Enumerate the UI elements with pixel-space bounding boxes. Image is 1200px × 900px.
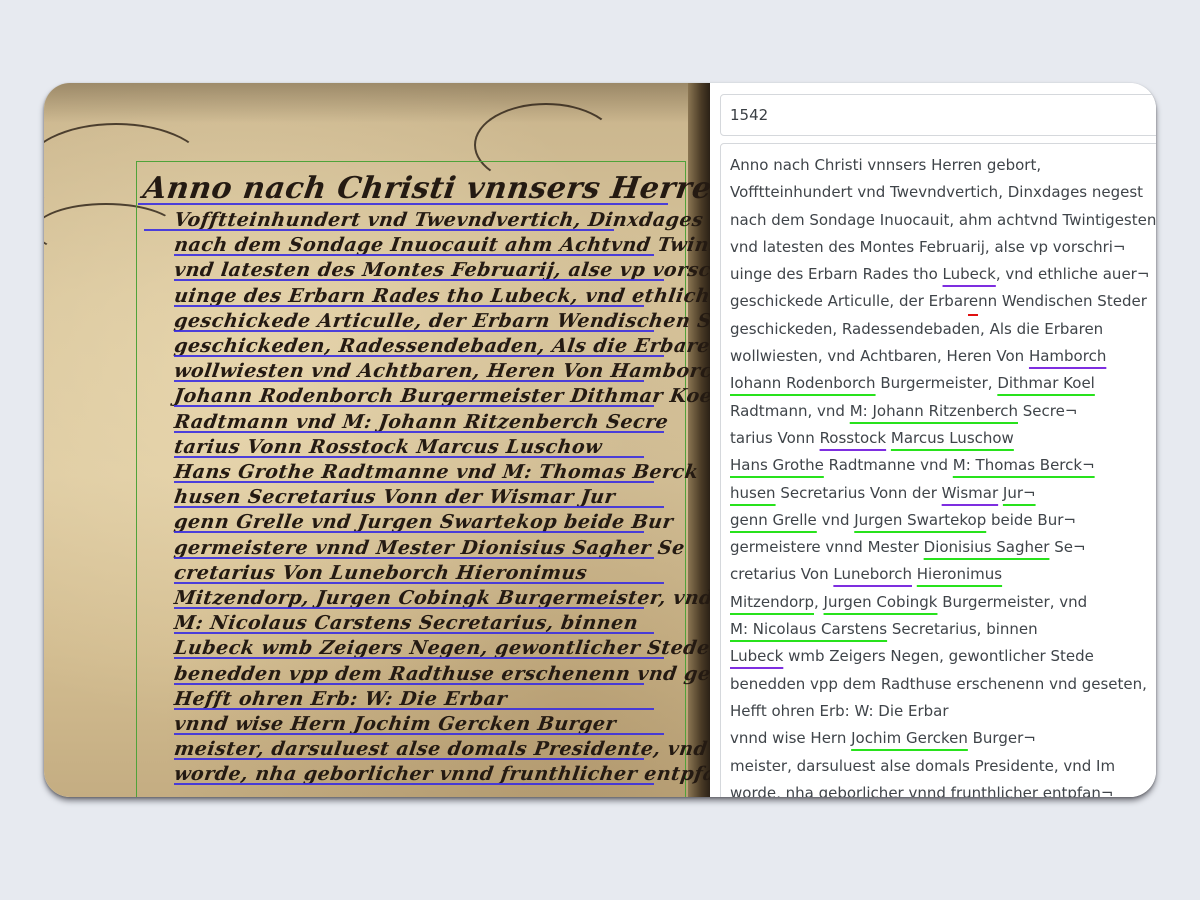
transcript-line: vnnd wise Hern Jochim Gercken Burger¬: [730, 725, 1156, 752]
document-viewer-card: Anno nach Christi vnnsers Herren gebortV…: [44, 83, 1156, 797]
manuscript-line: nach dem Sondage Inuocauit ahm Achtvnd T…: [172, 234, 710, 260]
text-segment: Secretarius, binnen: [887, 620, 1038, 638]
text-segment: geschickede Articulle, der Erbar: [730, 292, 969, 310]
baseline-marker[interactable]: [174, 456, 644, 458]
text-segment: , vnd ethliche auer¬: [996, 265, 1150, 283]
person-entity[interactable]: Jochim Gercken: [851, 729, 968, 747]
baseline-marker[interactable]: [174, 783, 654, 785]
baseline-marker[interactable]: [138, 203, 668, 205]
text-segment: vnd: [817, 511, 854, 529]
text-segment: worde, nha geborlicher vnnd frunthlicher…: [730, 784, 1113, 797]
manuscript-line: genn Grelle vnd Jurgen Swartekop beide B…: [172, 511, 675, 537]
place-entity[interactable]: Hamborch: [1029, 347, 1106, 365]
manuscript-line: Lubeck wmb Zeigers Negen, gewontlicher S…: [172, 637, 710, 663]
transcript-line: Mitzendorp, Jurgen Cobingk Burgermeister…: [730, 589, 1156, 616]
baseline-marker[interactable]: [144, 229, 614, 231]
manuscript-line: vnnd wise Hern Jochim Gercken Burger: [172, 713, 618, 739]
text-segment: tarius Vonn: [730, 429, 820, 447]
transcript-line: vnd latesten des Montes Februarij, alse …: [730, 234, 1156, 261]
baseline-marker[interactable]: [174, 733, 664, 735]
manuscript-title-line: Anno nach Christi vnnsers Herren gebort: [142, 171, 710, 197]
person-entity[interactable]: M: Thomas Berck¬: [953, 456, 1095, 474]
place-entity[interactable]: Lubeck: [943, 265, 996, 283]
baseline-marker[interactable]: [174, 254, 654, 256]
person-entity[interactable]: Jurgen Swartekop: [854, 511, 986, 529]
transcript-line: husen Secretarius Vonn der Wismar Jur¬: [730, 480, 1156, 507]
baseline-marker[interactable]: [174, 758, 644, 760]
manuscript-line: husen Secretarius Vonn der Wismar Jur: [172, 486, 617, 512]
place-entity[interactable]: Lubeck: [730, 647, 783, 665]
transcript-line: germeistere vnnd Mester Dionisius Sagher…: [730, 534, 1156, 561]
manuscript-image[interactable]: Anno nach Christi vnnsers Herren gebortV…: [44, 83, 710, 797]
baseline-marker[interactable]: [174, 380, 644, 382]
text-segment: cretarius Von: [730, 565, 833, 583]
person-entity[interactable]: Hans Grothe: [730, 456, 824, 474]
transcript-line: Radtmann, vnd M: Johann Ritzenberch Secr…: [730, 398, 1156, 425]
transcript-line: Vofftteinhundert vnd Twevndvertich, Dinx…: [730, 179, 1156, 206]
person-entity[interactable]: Dionisius Sagher: [924, 538, 1050, 556]
transcript-line: geschickede Articulle, der Erbarenn Wend…: [730, 288, 1156, 315]
transcript-line: Iohann Rodenborch Burgermeister, Dithmar…: [730, 370, 1156, 397]
baseline-marker[interactable]: [174, 305, 644, 307]
manuscript-line: benedden vpp dem Radthuse erschenenn vnd…: [172, 663, 710, 689]
text-segment: Anno nach Christi vnnsers Herren gebort,: [730, 156, 1041, 174]
text-segment: Radtmanne vnd: [824, 456, 953, 474]
transcript-line: cretarius Von Luneborch Hieronimus: [730, 561, 1156, 588]
baseline-marker[interactable]: [174, 279, 664, 281]
text-segment: Secretarius Vonn der: [776, 484, 942, 502]
manuscript-line: Hans Grothe Radtmanne vnd M: Thomas Berc…: [172, 461, 700, 487]
manuscript-line: cretarius Von Luneborch Hieronimus: [172, 562, 588, 588]
year-field[interactable]: [720, 94, 1156, 136]
transcript-line: Hefft ohren Erb: W: Die Erbar: [730, 698, 1156, 725]
text-segment: nach dem Sondage Inuocauit, ahm achtvnd …: [730, 211, 1156, 229]
place-entity[interactable]: Luneborch: [833, 565, 912, 583]
transcription-text-area[interactable]: Anno nach Christi vnnsers Herren gebort,…: [720, 143, 1156, 797]
person-entity[interactable]: M: Johann Ritzenberch: [850, 402, 1018, 420]
scan-shadow: [44, 83, 710, 123]
transcript-line: M: Nicolaus Carstens Secretarius, binnen: [730, 616, 1156, 643]
transcript-line: uinge des Erbarn Rades tho Lubeck, vnd e…: [730, 261, 1156, 288]
text-segment: benedden vpp dem Radthuse erschenenn vnd…: [730, 675, 1147, 693]
manuscript-line: uinge des Erbarn Rades tho Lubeck, vnd e…: [172, 285, 710, 311]
text-segment: wmb Zeigers Negen, gewontlicher Stede: [783, 647, 1094, 665]
text-segment: beide Bur¬: [986, 511, 1076, 529]
text-segment: vnnd wise Hern: [730, 729, 851, 747]
baseline-marker[interactable]: [174, 657, 664, 659]
baseline-marker[interactable]: [174, 531, 644, 533]
transcript-line: nach dem Sondage Inuocauit, ahm achtvnd …: [730, 207, 1156, 234]
baseline-marker[interactable]: [174, 582, 664, 584]
manuscript-line: Johann Rodenborch Burgermeister Dithmar …: [172, 385, 710, 411]
text-segment: Secre¬: [1018, 402, 1077, 420]
manuscript-line: wollwiesten vnd Achtbaren, Heren Von Ham…: [172, 360, 710, 386]
manuscript-line: germeistere vnnd Mester Dionisius Sagher…: [172, 537, 686, 563]
transcript-line: Anno nach Christi vnnsers Herren gebort,: [730, 152, 1156, 179]
baseline-marker[interactable]: [174, 355, 664, 357]
person-entity[interactable]: Marcus Luschow: [891, 429, 1014, 447]
transcript-line: benedden vpp dem Radthuse erschenenn vnd…: [730, 671, 1156, 698]
manuscript-line: meister, darsuluest alse domals Presiden…: [172, 738, 710, 764]
baseline-marker[interactable]: [174, 405, 654, 407]
place-entity[interactable]: Wismar: [942, 484, 998, 502]
baseline-marker[interactable]: [174, 632, 654, 634]
transcript-line: geschickeden, Radessendebaden, Als die E…: [730, 316, 1156, 343]
baseline-marker[interactable]: [174, 683, 644, 685]
manuscript-line: worde, nha geborlicher vnnd frunthlicher…: [172, 763, 710, 789]
baseline-marker[interactable]: [174, 481, 654, 483]
manuscript-line: Vofftteinhundert vnd Twevndvertich, Dinx…: [172, 209, 710, 235]
text-segment: Se¬: [1049, 538, 1085, 556]
person-entity[interactable]: Iohann Rodenborch: [730, 374, 876, 392]
text-segment: Burgermeister, vnd: [937, 593, 1087, 611]
baseline-marker[interactable]: [174, 557, 654, 559]
baseline-marker[interactable]: [174, 431, 664, 433]
text-segment: meister, darsuluest alse domals Presiden…: [730, 757, 1115, 775]
manuscript-line: vnd latesten des Montes Februarij, alse …: [172, 259, 710, 285]
person-entity[interactable]: husen: [730, 484, 776, 502]
transcript-line: Hans Grothe Radtmanne vnd M: Thomas Berc…: [730, 452, 1156, 479]
transcript-line: tarius Vonn Rosstock Marcus Luschow: [730, 425, 1156, 452]
text-segment: wollwiesten, vnd Achtbaren, Heren Von: [730, 347, 1029, 365]
text-segment: uinge des Erbarn Rades tho: [730, 265, 943, 283]
person-entity[interactable]: Mitzendorp: [730, 593, 814, 611]
transcript-line: Lubeck wmb Zeigers Negen, gewontlicher S…: [730, 643, 1156, 670]
manuscript-line: geschickeden, Radessendebaden, Als die E…: [172, 335, 710, 361]
text-segment: Hefft ohren Erb: W: Die Erbar: [730, 702, 949, 720]
baseline-marker[interactable]: [174, 708, 654, 710]
text-segment: Burgermeister,: [876, 374, 998, 392]
person-entity[interactable]: Jurgen Cobingk: [824, 593, 938, 611]
person-entity[interactable]: Hieronimus: [917, 565, 1002, 583]
text-segment: geschickeden, Radessendebaden, Als die E…: [730, 320, 1103, 338]
manuscript-line: Hefft ohren Erb: W: Die Erbar: [172, 688, 509, 714]
text-segment: Vofftteinhundert vnd Twevndvertich, Dinx…: [730, 183, 1143, 201]
baseline-marker[interactable]: [174, 506, 664, 508]
baseline-marker[interactable]: [174, 607, 644, 609]
text-segment: ,: [814, 593, 824, 611]
text-segment: germeistere vnnd Mester: [730, 538, 924, 556]
app-frame: Anno nach Christi vnnsers Herren gebortV…: [0, 0, 1200, 900]
manuscript-line: geschickede Articulle, der Erbarn Wendis…: [172, 310, 710, 336]
place-entity[interactable]: Rosstock: [820, 429, 887, 447]
error-marker[interactable]: e: [969, 292, 978, 310]
manuscript-line: M: Nicolaus Carstens Secretarius, binnen: [172, 612, 639, 638]
person-entity[interactable]: Dithmar Koel: [997, 374, 1095, 392]
transcript-line: meister, darsuluest alse domals Presiden…: [730, 753, 1156, 780]
transcript-line: genn Grelle vnd Jurgen Swartekop beide B…: [730, 507, 1156, 534]
transcript-line: wollwiesten, vnd Achtbaren, Heren Von Ha…: [730, 343, 1156, 370]
manuscript-line: Mitzendorp, Jurgen Cobingk Burgermeister…: [172, 587, 710, 613]
baseline-marker[interactable]: [174, 330, 654, 332]
text-segment: Radtmann, vnd: [730, 402, 850, 420]
transcript-line: worde, nha geborlicher vnnd frunthlicher…: [730, 780, 1156, 797]
person-entity[interactable]: genn Grelle: [730, 511, 817, 529]
text-segment: nn Wendischen Steder: [978, 292, 1147, 310]
person-entity[interactable]: Jur¬: [1003, 484, 1036, 502]
text-segment: Burger¬: [968, 729, 1036, 747]
person-entity[interactable]: M: Nicolaus Carstens: [730, 620, 887, 638]
transcription-panel: Anno nach Christi vnnsers Herren gebort,…: [710, 83, 1156, 797]
manuscript-line: Radtmann vnd M: Johann Ritzenberch Secre: [172, 411, 670, 437]
manuscript-line: tarius Vonn Rosstock Marcus Luschow: [172, 436, 603, 462]
text-segment: vnd latesten des Montes Februarij, alse …: [730, 238, 1126, 256]
